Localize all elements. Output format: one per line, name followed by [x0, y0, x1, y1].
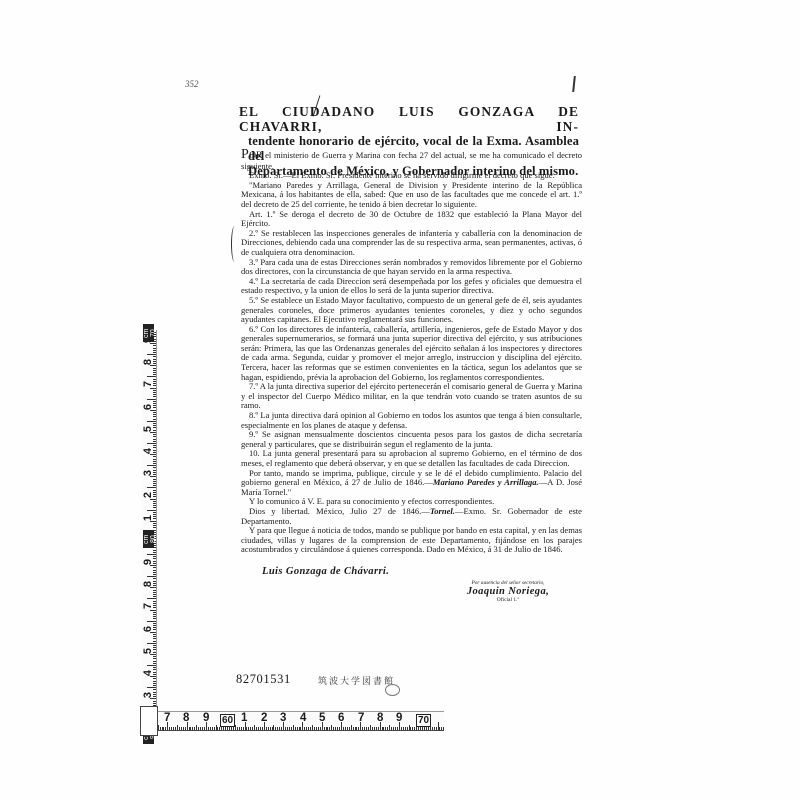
ruler-tick: [385, 727, 386, 731]
ruler-tick: [153, 570, 157, 571]
ruler-tick: [356, 727, 357, 731]
ruler-tick: [153, 441, 157, 442]
ruler-tick: [407, 727, 408, 731]
ruler-label: 1: [142, 512, 154, 524]
ruler-tick: [412, 727, 413, 731]
ruler-tick: [185, 727, 186, 731]
ruler-tick: [314, 727, 315, 731]
ruler-tick: [153, 485, 157, 486]
ruler-tick: [153, 663, 157, 664]
article-8: 8.º La junta directiva dará opinion al G…: [241, 411, 582, 430]
ruler-tick: [153, 550, 157, 551]
library-stamp-text: 筑波大学図書館: [318, 674, 395, 687]
scanned-page: 352 EL CIUDADANO LUIS GONZAGA DE CHAVARR…: [0, 0, 800, 800]
ruler-tick: [153, 419, 157, 420]
ruler-tick: [277, 727, 278, 731]
ruler-tick: [310, 727, 311, 731]
secretary-signature-block: Por ausencia del señor secretario, Joaqu…: [448, 580, 568, 603]
ruler-tick: [153, 618, 157, 619]
ruler-tick: [160, 727, 161, 731]
ruler-tick: [153, 683, 157, 684]
ruler-tick: [153, 527, 157, 528]
ruler-tick: [177, 725, 178, 731]
ruler-tick: [339, 727, 340, 731]
corner-pencil-mark: [572, 76, 576, 92]
ruler-tick: [308, 727, 309, 731]
ruler-tick: [147, 576, 156, 577]
ruler-tick: [329, 727, 330, 731]
ruler-tick: [337, 727, 338, 731]
article-10: 10. La junta general presentará para su …: [241, 449, 582, 468]
ruler-tick: [153, 614, 157, 615]
ruler-tick: [349, 727, 350, 731]
article-2: 2.º Se restablecen las inspecciones gene…: [241, 229, 582, 258]
ruler-tick: [147, 665, 156, 666]
ruler-label: 5: [142, 645, 154, 657]
ruler-tick: [153, 641, 157, 642]
ruler-tick: [326, 727, 327, 731]
ruler-label: 7: [164, 712, 170, 724]
ruler-tick: [153, 396, 157, 397]
ruler-tick: [275, 727, 276, 731]
ruler-tick: [163, 727, 164, 731]
ruler-tick: [173, 727, 174, 731]
ruler-tick: [221, 727, 222, 731]
ruler-tick: [358, 727, 359, 731]
ruler-tick: [208, 727, 209, 731]
ruler-tick: [153, 416, 157, 417]
ruler-tick: [147, 421, 156, 422]
ruler-tick: [351, 725, 352, 731]
ruler-tick: [397, 727, 398, 731]
ruler-tick: [147, 399, 156, 400]
ruler-tick: [153, 483, 157, 484]
ruler-tick: [153, 505, 157, 506]
ruler-tick: [147, 443, 156, 444]
ruler-tick: [153, 348, 157, 349]
margin-bracket-mark: [231, 226, 238, 262]
ruler-tick: [165, 727, 166, 731]
ruler-tick: [153, 463, 157, 464]
ruler-label: 6: [338, 712, 344, 724]
ruler-tick: [372, 727, 373, 731]
ruler-tick: [153, 574, 157, 575]
ruler-tick: [196, 725, 197, 731]
ruler-tick: [387, 727, 388, 731]
document-body: POR el ministerio de Guerra y Marina con…: [241, 150, 582, 555]
ruler-tick: [246, 727, 247, 731]
ruler-tick: [391, 727, 392, 731]
ruler-tick: [237, 727, 238, 731]
library-seal-icon: [385, 684, 400, 696]
ruler-tick: [362, 727, 363, 731]
ruler-tick: [355, 727, 356, 731]
article-3: 3.º Para cada una de estas Direcciones s…: [241, 258, 582, 277]
ruler-tick: [378, 727, 379, 731]
ruler-tick: [243, 727, 244, 731]
ruler-tick: [153, 372, 157, 373]
ruler-corner-block: [140, 706, 158, 736]
ruler-tick: [147, 687, 156, 688]
ruler-tick: [147, 510, 156, 511]
article-7: 7.º A la junta directiva superior del ej…: [241, 382, 582, 411]
ruler-tick: [233, 727, 234, 731]
ruler-tick: [416, 727, 417, 731]
ruler-tick: [153, 370, 157, 371]
ruler-tick: [287, 727, 288, 731]
ruler-label: 9: [396, 712, 402, 724]
ruler-tick: [364, 727, 365, 731]
ruler-label: 7: [142, 600, 154, 612]
ruler-tick: [343, 727, 344, 731]
ruler-tick: [217, 727, 218, 731]
governor-signature: Luis Gonzaga de Chávarri.: [262, 566, 389, 577]
ruler-tick: [153, 507, 157, 508]
ruler-tick: [299, 727, 300, 731]
ruler-label: 9: [203, 712, 209, 724]
paragraph-mariano: "Mariano Paredes y Arrillaga, General de…: [241, 181, 582, 210]
article-4: 4.º La secretaría de cada Direccion será…: [241, 277, 582, 296]
ruler-label: 5: [319, 712, 325, 724]
ruler-tick: [175, 727, 176, 731]
ruler-tick: [231, 727, 232, 731]
ruler-tick: [190, 727, 191, 731]
ruler-tick: [374, 727, 375, 731]
ruler-cm-marker: cm 70: [143, 324, 154, 342]
ruler-tick: [252, 727, 253, 731]
ruler-tick: [285, 727, 286, 731]
ruler-tick: [147, 465, 156, 466]
secretary-role: Oficial 1.º: [448, 597, 568, 603]
ruler-tick: [438, 722, 439, 730]
vertical-measuring-ruler: 98765432198765432cm 70cm 80cm 90: [142, 330, 157, 735]
ruler-tick: [210, 727, 211, 731]
ruler-tick: [262, 727, 263, 731]
ruler-label: 3: [280, 712, 286, 724]
article-9: 9.º Se asignan mensualmente doscientos c…: [241, 430, 582, 449]
horizontal-measuring-ruler: 67891234567896070: [148, 711, 444, 731]
ruler-tick: [426, 727, 427, 731]
ruler-tick: [409, 725, 410, 731]
ruler-label: 3: [142, 467, 154, 479]
catalog-number: 82701531: [236, 672, 291, 687]
ruler-tick: [403, 727, 404, 731]
ruler-tick: [422, 727, 423, 731]
ruler-tick: [304, 727, 305, 731]
ruler-tick: [295, 727, 296, 731]
ruler-tick: [320, 727, 321, 731]
ruler-label: 3: [142, 689, 154, 701]
paragraph-dios-libertad: Dios y libertad. México, Julio 27 de 184…: [241, 507, 582, 526]
ruler-label: 2: [142, 489, 154, 501]
ruler-tick: [153, 392, 157, 393]
ruler-tick: [272, 727, 273, 731]
article-5: 5.º Se establece un Estado Mayor faculta…: [241, 296, 582, 325]
paragraph-final: Y para que llegue á noticia de todos, ma…: [241, 526, 582, 555]
ruler-tick: [318, 727, 319, 731]
ruler-label: 9: [142, 556, 154, 568]
ruler-tick: [420, 727, 421, 731]
ruler-tick: [214, 727, 215, 731]
ruler-tick: [153, 685, 157, 686]
ruler-tick: [401, 727, 402, 731]
ruler-tick: [370, 725, 371, 731]
ruler-tick: [153, 572, 157, 573]
ruler-tick: [227, 727, 228, 731]
ruler-tick: [153, 481, 157, 482]
article-1: Art. 1.º Se deroga el decreto de 30 de O…: [241, 210, 582, 229]
ruler-tick: [331, 725, 332, 731]
ruler-tick: [382, 727, 383, 731]
ruler-tick: [239, 727, 240, 731]
ruler-tick: [270, 727, 271, 731]
ruler-tick: [366, 727, 367, 731]
ruler-tick: [153, 459, 157, 460]
paragraph-por-tanto: Por tanto, mando se imprima, publique, c…: [241, 469, 582, 498]
ruler-tick: [434, 727, 435, 731]
heading-line-1: EL CIUDADANO LUIS GONZAGA DE CHAVARRI, I…: [239, 104, 579, 134]
ruler-tick: [293, 725, 294, 731]
ruler-cm-marker: 70: [416, 714, 431, 727]
ruler-tick: [430, 727, 431, 731]
ruler-tick: [153, 596, 157, 597]
ruler-tick: [260, 727, 261, 731]
ruler-tick: [279, 727, 280, 731]
ruler-tick: [181, 727, 182, 731]
ruler-tick: [147, 554, 156, 555]
ruler-label: 6: [142, 401, 154, 413]
ruler-tick: [333, 727, 334, 731]
ruler-tick: [241, 727, 242, 731]
ruler-label: 4: [300, 712, 306, 724]
ruler-tick: [162, 727, 163, 731]
intro-paragraph: POR el ministerio de Guerra y Marina con…: [241, 150, 582, 171]
ruler-tick: [153, 394, 157, 395]
ruler-tick: [327, 727, 328, 731]
ruler-tick: [345, 727, 346, 731]
ruler-tick: [306, 727, 307, 731]
ruler-tick: [153, 636, 157, 637]
ruler-tick: [250, 727, 251, 731]
ruler-cm-marker: 60: [220, 714, 235, 727]
ruler-tick: [268, 727, 269, 731]
ruler-tick: [432, 727, 433, 731]
ruler-tick: [441, 727, 442, 731]
ruler-tick: [153, 352, 157, 353]
ruler-tick: [297, 727, 298, 731]
ruler-label: 8: [142, 578, 154, 590]
ruler-tick: [202, 727, 203, 731]
ruler-label: 5: [142, 423, 154, 435]
ruler-tick: [335, 727, 336, 731]
ruler-label: 4: [142, 667, 154, 679]
ruler-tick: [439, 727, 440, 731]
ruler-label: 8: [183, 712, 189, 724]
ruler-tick: [393, 727, 394, 731]
ruler-tick: [312, 725, 313, 731]
ruler-cm-marker: cm 80: [143, 530, 154, 548]
ruler-tick: [147, 643, 156, 644]
ruler-tick: [153, 703, 157, 704]
ruler-tick: [281, 727, 282, 731]
ruler-tick: [324, 727, 325, 731]
ruler-tick: [258, 727, 259, 731]
ruler-tick: [212, 727, 213, 731]
ruler-tick: [424, 727, 425, 731]
ruler-tick: [153, 436, 157, 437]
ruler-tick: [153, 374, 157, 375]
ruler-tick: [316, 727, 317, 731]
ruler-tick: [414, 727, 415, 731]
ruler-tick: [289, 727, 290, 731]
ruler-tick: [198, 727, 199, 731]
ruler-tick: [200, 727, 201, 731]
ruler-label: 2: [261, 712, 267, 724]
ruler-tick: [153, 503, 157, 504]
ruler-tick: [153, 616, 157, 617]
ruler-tick: [347, 727, 348, 731]
ruler-tick: [436, 727, 437, 731]
ruler-tick: [183, 727, 184, 731]
ruler-tick: [410, 727, 411, 731]
ruler-label: 7: [358, 712, 364, 724]
ruler-tick: [153, 658, 157, 659]
ruler-tick: [147, 621, 156, 622]
ruler-tick: [273, 725, 274, 731]
ruler-label: 4: [142, 445, 154, 457]
ruler-label: 7: [142, 378, 154, 390]
secretary-name: Joaquin Noriega,: [448, 586, 568, 597]
ruler-label: 1: [241, 712, 247, 724]
ruler-tick: [229, 727, 230, 731]
ruler-tick: [179, 727, 180, 731]
ruler-tick: [266, 727, 267, 731]
ruler-tick: [216, 725, 217, 731]
ruler-tick: [395, 727, 396, 731]
ruler-tick: [153, 350, 157, 351]
ruler-tick: [153, 525, 157, 526]
ruler-tick: [153, 439, 157, 440]
ruler-tick: [383, 727, 384, 731]
ruler-tick: [192, 727, 193, 731]
ruler-tick: [153, 461, 157, 462]
ruler-tick: [153, 414, 157, 415]
ruler-tick: [153, 594, 157, 595]
ruler-tick: [254, 725, 255, 731]
ruler-tick: [376, 727, 377, 731]
ruler-tick: [256, 727, 257, 731]
ruler-tick: [153, 638, 157, 639]
ruler-tick: [147, 354, 156, 355]
ruler-tick: [153, 552, 157, 553]
ruler-tick: [153, 681, 157, 682]
ruler-tick: [189, 727, 190, 731]
ruler-tick: [171, 727, 172, 731]
ruler-tick: [291, 727, 292, 731]
ruler-tick: [248, 727, 249, 731]
ruler-tick: [219, 727, 220, 731]
page-number: 352: [185, 79, 199, 89]
ruler-tick: [405, 727, 406, 731]
ruler-tick: [194, 727, 195, 731]
ruler-label: 8: [142, 356, 154, 368]
ruler-tick: [368, 727, 369, 731]
ruler-tick: [169, 727, 170, 731]
ruler-tick: [204, 727, 205, 731]
ruler-label: 6: [142, 623, 154, 635]
ruler-tick: [223, 727, 224, 731]
ruler-tick: [443, 727, 444, 731]
ruler-tick: [153, 592, 157, 593]
ruler-tick: [389, 725, 390, 731]
ruler-label: 8: [377, 712, 383, 724]
ruler-tick: [153, 661, 157, 662]
ruler-tick: [353, 727, 354, 731]
ruler-tick: [300, 727, 301, 731]
article-6: 6.º Con los directores de infantería, ca…: [241, 325, 582, 383]
